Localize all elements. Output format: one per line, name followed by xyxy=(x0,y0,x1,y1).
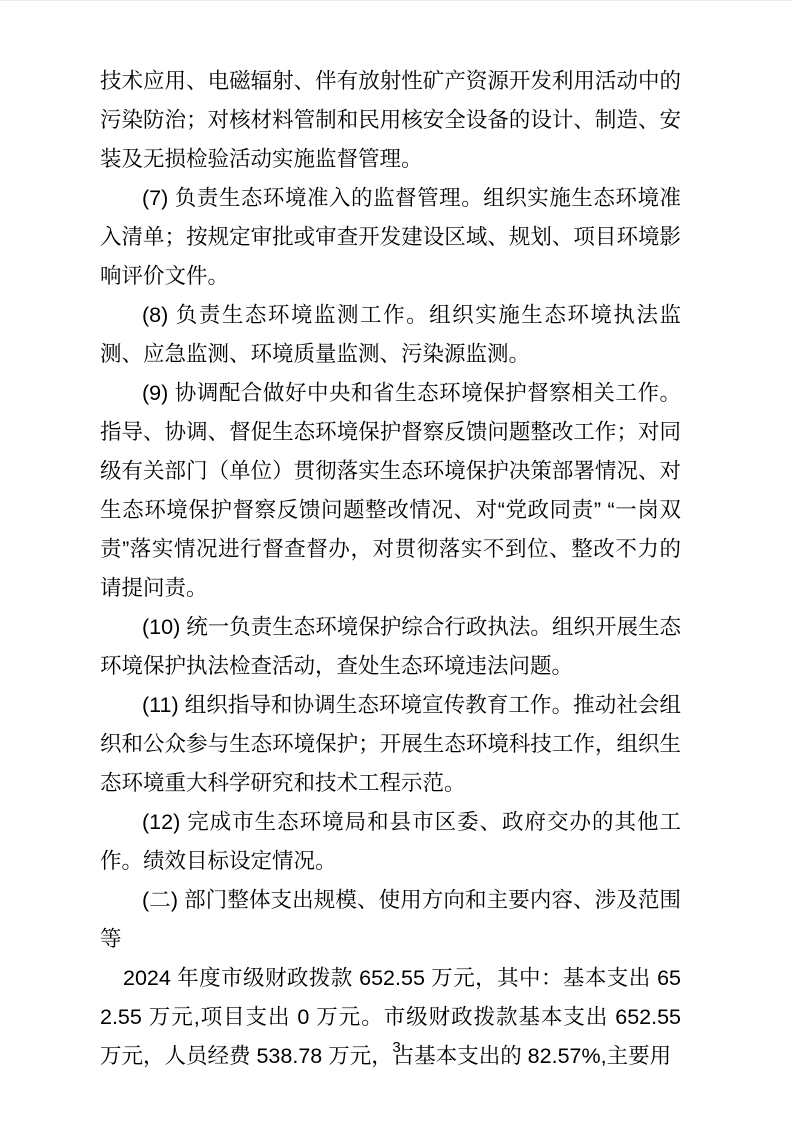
paragraph-duty-item-12: (12) 完成市生态环境局和县市区委、政府交办的其他工作。绩效目标设定情况。 xyxy=(100,803,681,881)
page-number: 3 xyxy=(392,1039,400,1056)
paragraph-duty-item-8: (8) 负责生态环境监测工作。组织实施生态环境执法监测、应急监测、环境质量监测、… xyxy=(100,296,681,374)
paragraph-duty-item-10: (10) 统一负责生态环境保护综合行政执法。组织开展生态环境保护执法检查活动，查… xyxy=(100,608,681,686)
paragraph-section-2-heading: (二) 部门整体支出规模、使用方向和主要内容、涉及范围等 xyxy=(100,881,681,959)
paragraph-duty-item-7: (7) 负责生态环境准入的监督管理。组织实施生态环境准入清单；按规定审批或审查开… xyxy=(100,179,681,296)
page-footer: 3 xyxy=(0,1037,793,1059)
paragraph-radiation-pollution-continuation: 技术应用、电磁辐射、伴有放射性矿产资源开发利用活动中的污染防治；对核材料管制和民… xyxy=(100,62,681,179)
paragraph-duty-item-9: (9) 协调配合做好中央和省生态环境保护督察相关工作。指导、协调、督促生态环境保… xyxy=(100,374,681,608)
paragraph-duty-item-11: (11) 组织指导和协调生态环境宣传教育工作。推动社会组织和公众参与生态环境保护… xyxy=(100,686,681,803)
document-body: 技术应用、电磁辐射、伴有放射性矿产资源开发利用活动中的污染防治；对核材料管制和民… xyxy=(100,62,681,1076)
document-page: 技术应用、电磁辐射、伴有放射性矿产资源开发利用活动中的污染防治；对核材料管制和民… xyxy=(0,0,793,1122)
